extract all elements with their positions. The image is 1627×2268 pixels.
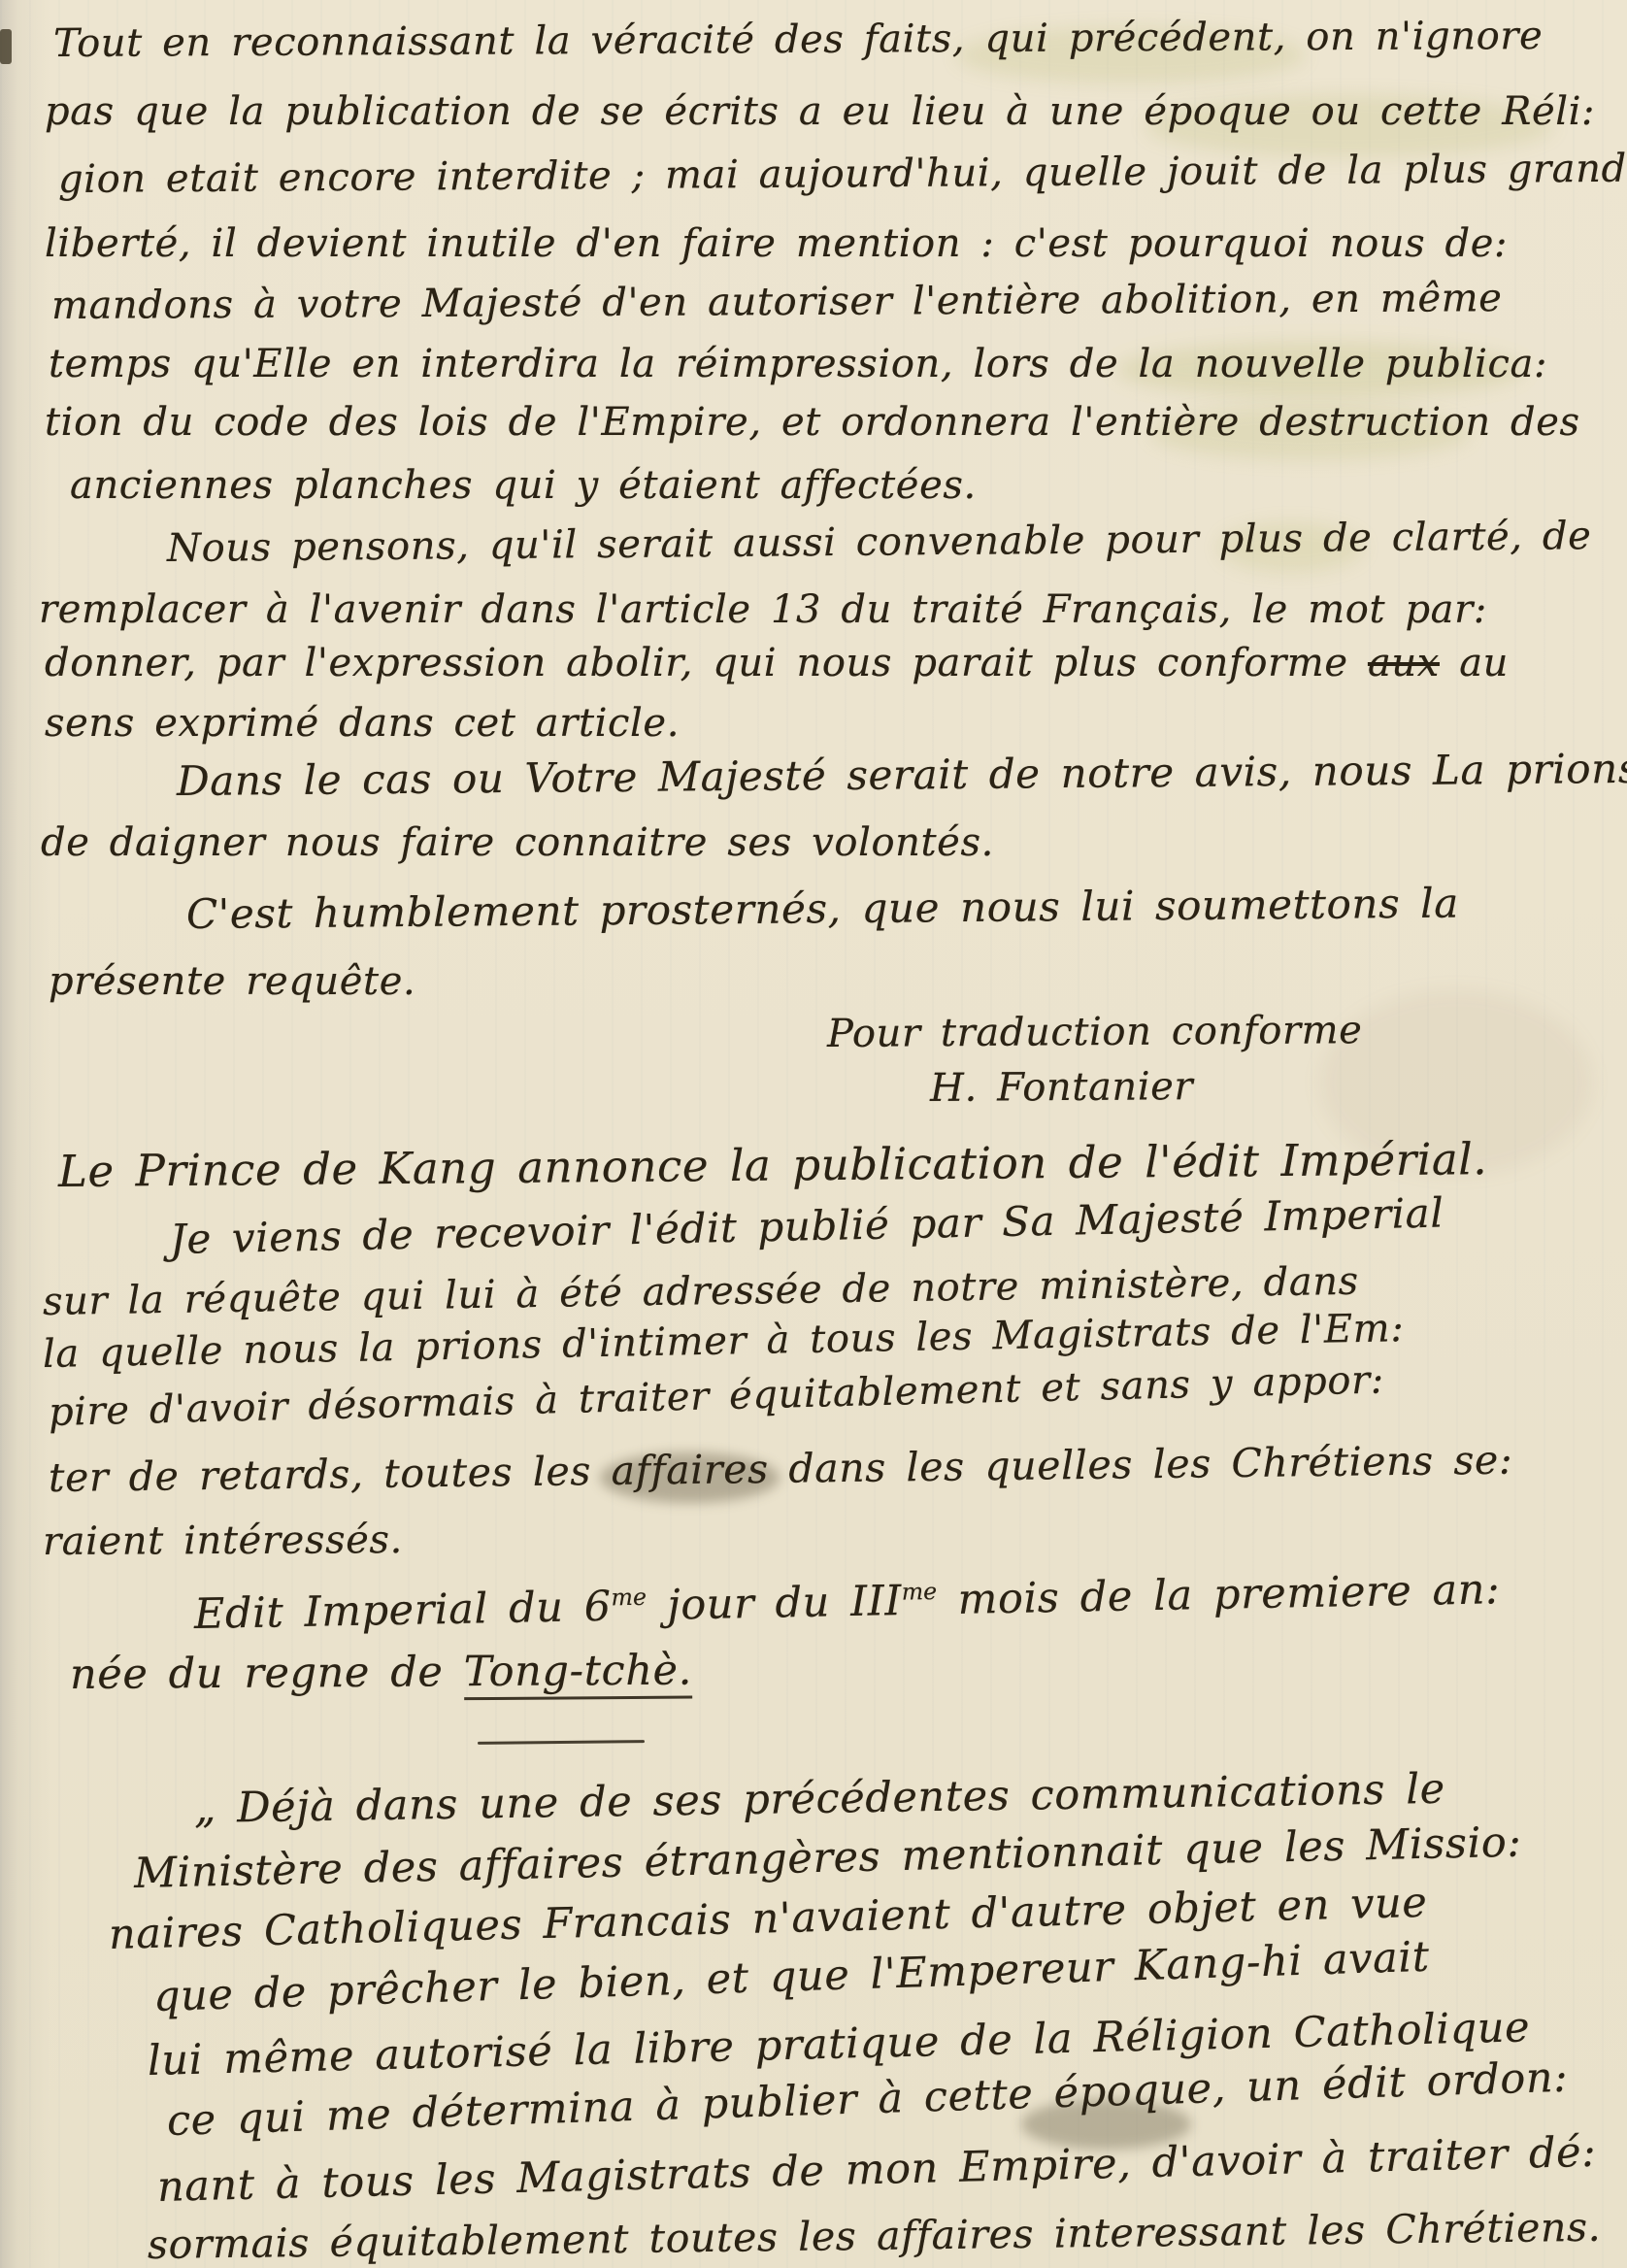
text-segment: Le Prince de Kang annonce la publication… — [58, 1133, 1488, 1197]
text-segment: mandons à votre Majesté d'en autoriser l… — [51, 276, 1503, 328]
text-segment: sormais équitablement toutes les affaire… — [148, 2204, 1602, 2268]
text-line: née du regne de Tong-tchè. — [70, 1647, 692, 1699]
text-segment: remplacer à l'avenir dans l'article 13 d… — [39, 587, 1487, 632]
text-segment: C'est humblement prosternés, que nous lu… — [186, 880, 1459, 938]
text-segment: au — [1440, 641, 1509, 685]
text-line: Pour traduction conforme — [827, 1008, 1363, 1056]
underline-flourish — [478, 1740, 645, 1745]
edge-ink-mark — [0, 29, 12, 64]
text-line: H. Fontanier — [930, 1064, 1194, 1111]
text-line: sens exprimé dans cet article. — [45, 701, 680, 746]
text-segment: „ Déjà dans une de ses précédentes commu… — [194, 1765, 1445, 1833]
text-line: temps qu'Elle en interdira la réimpressi… — [49, 342, 1547, 386]
text-line: Edit Imperial du 6me jour du IIIme mois … — [194, 1565, 1501, 1639]
text-segment: Tong-tchè. — [464, 1647, 693, 1701]
text-segment: anciennes planches qui y étaient affecté… — [70, 463, 977, 508]
text-line: sormais équitablement toutes les affaire… — [148, 2204, 1602, 2268]
text-line: Dans le cas ou Votre Majesté serait de n… — [177, 745, 1627, 805]
text-line: anciennes planches qui y étaient affecté… — [70, 463, 977, 508]
text-segment: donner, par l'expression abolir, qui nou… — [45, 641, 1368, 685]
text-line: de daigner nous faire connaitre ses volo… — [41, 820, 994, 865]
text-segment: présente requête. — [49, 959, 415, 1004]
text-segment: jour du III — [647, 1577, 903, 1630]
text-segment: mois de la premiere an: — [937, 1565, 1501, 1624]
text-segment: ter de retards, toutes les affaires dans… — [49, 1437, 1513, 1501]
text-line: Je viens de recevoir l'édit publié par S… — [169, 1189, 1444, 1263]
paper-background: Tout en reconnaissant la véracité des fa… — [0, 0, 1627, 2268]
text-segment: de daigner nous faire connaitre ses volo… — [41, 820, 994, 865]
text-segment: H. Fontanier — [930, 1064, 1194, 1111]
text-line: gion etait encore interdite ; mai aujour… — [58, 147, 1627, 202]
text-line: ter de retards, toutes les affaires dans… — [49, 1437, 1513, 1501]
text-line: présente requête. — [49, 959, 415, 1004]
text-segment: Nous pensons, qu'il serait aussi convena… — [167, 514, 1592, 571]
text-segment: Edit Imperial du 6 — [194, 1583, 613, 1639]
text-line: tion du code des lois de l'Empire, et or… — [45, 400, 1580, 445]
text-segment: raient intéressés. — [43, 1518, 403, 1564]
text-segment: temps qu'Elle en interdira la réimpressi… — [49, 342, 1547, 386]
text-line: C'est humblement prosternés, que nous lu… — [186, 880, 1459, 938]
text-segment: tion du code des lois de l'Empire, et or… — [45, 400, 1580, 445]
text-line: raient intéressés. — [43, 1518, 403, 1564]
text-segment: aux — [1368, 641, 1440, 685]
text-line: Le Prince de Kang annonce la publication… — [58, 1133, 1488, 1197]
text-line: mandons à votre Majesté d'en autoriser l… — [51, 276, 1503, 328]
text-line: liberté, il devient inutile d'en faire m… — [45, 221, 1508, 266]
text-segment: Je viens de recevoir l'édit publié par S… — [169, 1189, 1444, 1263]
text-segment: pas que la publication de se écrits a eu… — [45, 89, 1595, 134]
text-segment: gion etait encore interdite ; mai aujour… — [58, 147, 1627, 202]
text-line: „ Déjà dans une de ses précédentes commu… — [194, 1765, 1445, 1833]
text-segment: me — [901, 1578, 937, 1606]
text-segment: née du regne de — [70, 1648, 464, 1699]
text-segment: me — [611, 1584, 647, 1612]
text-line: Tout en reconnaissant la véracité des fa… — [53, 14, 1544, 66]
text-line: remplacer à l'avenir dans l'article 13 d… — [39, 587, 1487, 632]
text-line: donner, par l'expression abolir, qui nou… — [45, 641, 1509, 685]
text-segment: Dans le cas ou Votre Majesté serait de n… — [177, 745, 1627, 805]
text-segment: liberté, il devient inutile d'en faire m… — [45, 221, 1508, 266]
text-segment: Pour traduction conforme — [827, 1008, 1363, 1056]
text-line: nant à tous les Magistrats de mon Empire… — [156, 2128, 1596, 2212]
text-segment: nant à tous les Magistrats de mon Empire… — [156, 2128, 1596, 2212]
text-segment: Tout en reconnaissant la véracité des fa… — [53, 14, 1544, 66]
text-line: Nous pensons, qu'il serait aussi convena… — [167, 514, 1592, 571]
text-line: pas que la publication de se écrits a eu… — [45, 89, 1595, 134]
text-segment: sens exprimé dans cet article. — [45, 701, 680, 746]
